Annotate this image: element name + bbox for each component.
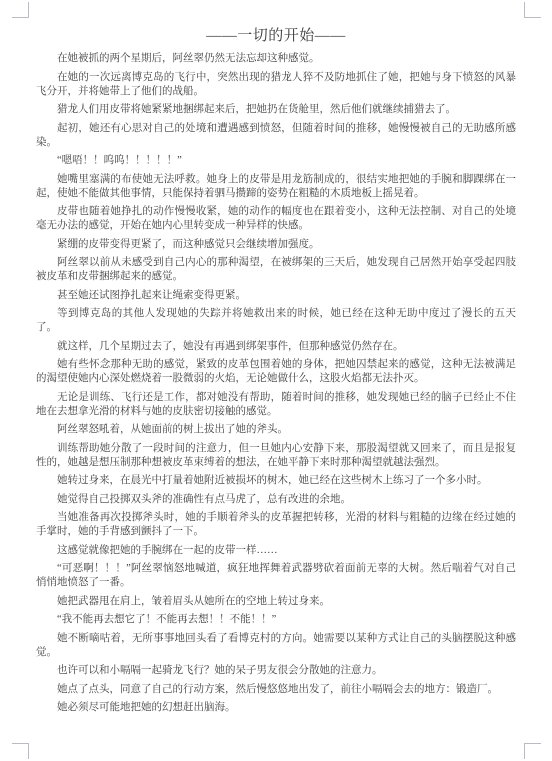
page-content: ——一切的开始—— 在她被抓的两个星期后，阿丝翠仍然无法忘却这种感觉。 在她的一… bbox=[36, 26, 516, 720]
paragraph: 猎龙人们用皮带将她紧紧地捆绑起来后，把她扔在货舱里，然后他们就继续捕猎去了。 bbox=[36, 103, 516, 117]
page-title: ——一切的开始—— bbox=[36, 26, 516, 47]
paragraph: “嗯唔！！呜呜！！！！！” bbox=[36, 154, 516, 168]
paragraph: 也许可以和小嗝嗝一起骑龙飞行？她的呆子男友很会分散她的注意力。 bbox=[36, 664, 516, 678]
paragraph: 当她准备再次投掷斧头时，她的手顺着斧头的皮革握把转移，光滑的材料与粗糙的边缘在经… bbox=[36, 511, 516, 539]
paragraph: 就这样，几个星期过去了，她没有再遇到绑架事件，但那种感觉仍然存在。 bbox=[36, 340, 516, 354]
paragraph: “我不能再去想它了！不能再去想！！不能！！” bbox=[36, 613, 516, 627]
paragraph: 她嘴里塞满的布使她无法呼救。她身上的皮带是用龙筋制成的，很结实地把她的手腕和脚踝… bbox=[36, 173, 516, 201]
paragraph: “可恶啊！！！”阿丝翠恼怒地喊道，疯狂地挥舞着武器劈砍着面前无辜的大树。然后喘着… bbox=[36, 562, 516, 590]
paragraph: 甚至她还试图挣扎起来让绳索变得更紧。 bbox=[36, 289, 516, 303]
paragraph: 阿丝翠怒吼着，从她面前的树上拔出了她的斧头。 bbox=[36, 423, 516, 437]
page-margin-mark-top-left bbox=[12, 2, 29, 18]
paragraph: 这感觉就像把她的手腕绑在一起的皮带一样…… bbox=[36, 544, 516, 558]
paragraph: 她不断嘀咕着，无所事事地回头看了看博克村的方向。她需要以某种方式让自己的头脑摆脱… bbox=[36, 632, 516, 660]
paragraph: 在她被抓的两个星期后，阿丝翠仍然无法忘却这种感觉。 bbox=[36, 52, 516, 66]
paragraph: 皮带也随着她挣扎的动作慢慢收紧，她的动作的幅度也在跟着变小，这种无法控制、对自己… bbox=[36, 205, 516, 233]
paragraph: 阿丝翠以前从未感受到自己内心的那种渴望，在被绑架的三天后，她发现自己居然开始享受… bbox=[36, 256, 516, 284]
paragraph: 她必须尽可能地把她的幻想赶出脑海。 bbox=[36, 701, 516, 715]
page-margin-mark-bottom-left bbox=[12, 743, 29, 759]
paragraph: 她转过身来，在晨光中打量着她附近被损坏的树木，她已经在这些树木上练习了一个多小时… bbox=[36, 474, 516, 488]
paragraph: 她觉得自己投掷双头斧的准确性有点马虎了，总有改进的余地。 bbox=[36, 493, 516, 507]
page-margin-mark-bottom-right bbox=[524, 743, 541, 759]
paragraph: 无论是训练、飞行还是工作，都对她没有帮助，随着时间的推移，她发现她已经的脑子已经… bbox=[36, 391, 516, 419]
document-page: ——一切的开始—— 在她被抓的两个星期后，阿丝翠仍然无法忘却这种感觉。 在她的一… bbox=[0, 0, 552, 761]
paragraph: 紧绷的皮带变得更紧了，而这种感觉只会继续增加强度。 bbox=[36, 238, 516, 252]
paragraph: 她点了点头，同意了自己的行动方案，然后慢悠悠地出发了，前往小嗝嗝会去的地方：锻造… bbox=[36, 683, 516, 697]
paragraph: 起初，她还有心思对自己的处境和遭遇感到愤怒，但随着时间的推移，她慢慢被自己的无助… bbox=[36, 122, 516, 150]
page-margin-mark-top-right bbox=[524, 2, 541, 18]
paragraph: 她有些怀念那种无助的感觉，紧致的皮革包围着她的身体，把她囚禁起来的感觉，这种无法… bbox=[36, 358, 516, 386]
paragraph: 在她的一次远离博克岛的飞行中，突然出现的猎龙人猝不及防地抓住了她，把她与身下愤怒… bbox=[36, 71, 516, 99]
paragraph: 她把武器甩在肩上，皱着眉头从她所在的空地上转过身来。 bbox=[36, 595, 516, 609]
paragraph: 训练帮助她分散了一段时间的注意力，但一旦她内心安静下来，那股渴望就又回来了，而且… bbox=[36, 442, 516, 470]
body-text: 在她被抓的两个星期后，阿丝翠仍然无法忘却这种感觉。 在她的一次远离博克岛的飞行中… bbox=[36, 52, 516, 715]
paragraph: 等到博克岛的其他人发现她的失踪并将她救出来的时候，她已经在这种无助中度过了漫长的… bbox=[36, 307, 516, 335]
